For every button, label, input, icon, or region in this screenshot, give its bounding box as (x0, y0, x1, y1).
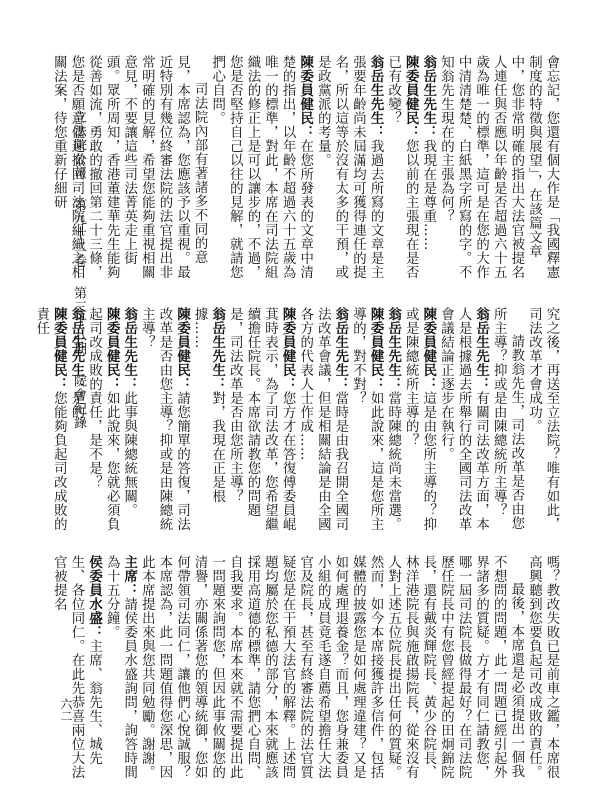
paragraph-text: 嗎？教改失敗已是前車之鑑，本席很高興聽到您要負起司改成敗的責任。 (526, 555, 559, 779)
paragraph: 嗎？教改失敗已是前車之鑑，本席很高興聽到您要負起司改成敗的責任。 (525, 555, 560, 780)
speaker-label: 陳委員健民： (298, 55, 313, 139)
paragraph-text: 此事與陳總統無關。 (122, 391, 137, 517)
paragraph: 會忘記，您還有個大作是「我國釋憲制度的特徵與展望」，在該篇文章中，您非常明確的指… (437, 55, 560, 285)
paragraph: 主席：請侯委員水盛詢問，詢答時間為十五分鐘。 (103, 555, 138, 780)
speaker-label: 翁岳生先生： (333, 307, 348, 391)
paragraph: 翁岳生先生：有關司法改革方面，本人是根據過去所舉行的全國司法改革會議結論正逐步在… (437, 307, 490, 537)
paragraph: 陳委員健民：如此說來，這是您所主導的，對不對？ (349, 307, 384, 537)
paragraph: 陳委員健民：這是由您所主導的？抑或是陳總統所主導的？ (402, 307, 437, 537)
paragraph: 陳委員健民：您方才在答復傅委員崐萁時表示，為了司法改革，您希望繼續擔任院長。本席… (226, 307, 296, 537)
paragraph: 翁岳生先生：我現在是尊重…… (419, 55, 437, 285)
speaker-label: 陳委員健民： (175, 307, 190, 391)
paragraph: 陳委員健民：請您簡單的答復，司法改革是否由您主導？抑或是由陳總統主導？ (138, 307, 191, 537)
paragraph-text: 究之後，再送至立法院？唯有如此，司法改革才會成功。 (526, 307, 559, 531)
paragraph: 陳委員健民：在您所發表的文章中清楚的指出，以年齡不超過六十五歲為唯一的標準，對此… (208, 55, 314, 285)
speaker-label: 主席： (122, 555, 137, 597)
speaker-label: 翁岳生先生： (69, 307, 84, 391)
speaker-label: 陳委員健民： (280, 307, 295, 391)
speaker-label: 翁岳生先生： (210, 307, 225, 391)
paragraph: 陳委員健民：您以前的主張現在是否已有改變？ (384, 55, 419, 285)
paragraph-text: 當時陳總統尚未當選。 (386, 391, 401, 531)
paragraph: 翁岳生先生：當時是由我召開全國司法改革會議，但是相關結論是由全國各方的代表人士作… (296, 307, 349, 537)
speaker-label: 陳委員健民： (104, 307, 119, 391)
paragraph-text: 會忘記，您還有個大作是「我國釋憲制度的特徵與展望」，在該篇文章中，您非常明確的指… (438, 55, 559, 279)
speaker-label: 侯委員水盛： (87, 555, 102, 639)
paragraph: 陳委員健民：您能夠負起司改成敗的責任 (32, 307, 67, 537)
speaker-label: 翁岳生先生： (386, 307, 401, 391)
paragraph-text: 司法院內部有著諸多不同的意見，本席認為，您應該予以重視。最近特別有幾位終審法院的… (51, 55, 207, 279)
speaker-label: 翁岳生先生： (368, 55, 383, 139)
paragraph: 翁岳生先生：我過去所寫的文章是主張要年齡尚未屆滿均可獲得連任的提名，所以這等於沒… (314, 55, 384, 285)
paragraph: 究之後，再送至立法院？唯有如此，司法改革才會成功。 (525, 307, 560, 537)
paragraph-text: 最後，本席還是必須提出一個我不想問的問題，此一問題已經引起外界諸多的質疑。方才有… (139, 555, 523, 779)
paragraph-text: 請教翁先生，司法改革是否由您所主導？抑或是由陳總統所主導？ (491, 307, 524, 530)
paragraph: 翁岳生先生：是的。 (67, 307, 85, 537)
paragraph: 司法院內部有著諸多不同的意見，本席認為，您應該予以重視。最近特別有幾位終審法院的… (50, 55, 208, 285)
paragraph: 侯委員水盛：主席、翁先生、城先生、各位同仁。在此先恭喜兩位大法官被提名 (50, 555, 103, 780)
text-block-top: 會忘記，您還有個大作是「我國釋憲制度的特徵與展望」，在該篇文章中，您非常明確的指… (90, 55, 560, 285)
speaker-label: 翁岳生先生： (421, 55, 436, 139)
paragraph: 翁岳生先生：對，我現在正是根據…… (191, 307, 226, 537)
speaker-label: 翁岳生先生： (474, 307, 489, 391)
paragraph: 翁岳生先生：當時陳總統尚未當選。 (384, 307, 402, 537)
speaker-label: 翁岳生先生： (122, 307, 137, 391)
speaker-label: 陳委員健民： (403, 55, 418, 139)
paragraph: 陳委員健民：如此說來，您就必須負起司改成敗的責任，是不是？ (85, 307, 120, 537)
paragraph: 翁岳生先生：此事與陳總統無關。 (120, 307, 138, 537)
speaker-label: 陳委員健民： (51, 307, 66, 391)
text-block-bottom: 嗎？教改失敗已是前車之鑑，本席很高興聽到您要負起司改成敗的責任。最後，本席還是必… (90, 555, 560, 780)
paragraph-text: 我現在是尊重…… (421, 139, 436, 251)
text-block-middle: 究之後，再送至立法院？唯有如此，司法改革才會成功。請教翁先生，司法改革是否由您所… (90, 307, 560, 537)
speaker-label: 陳委員健民： (421, 307, 436, 391)
paragraph: 請教翁先生，司法改革是否由您所主導？抑或是由陳總統所主導？ (490, 307, 525, 537)
paragraph: 最後，本席還是必須提出一個我不想問的問題，此一問題已經引起外界諸多的質疑。方才有… (138, 555, 525, 780)
speaker-label: 陳委員健民： (368, 307, 383, 391)
paragraph-text: 是的。 (69, 391, 84, 433)
